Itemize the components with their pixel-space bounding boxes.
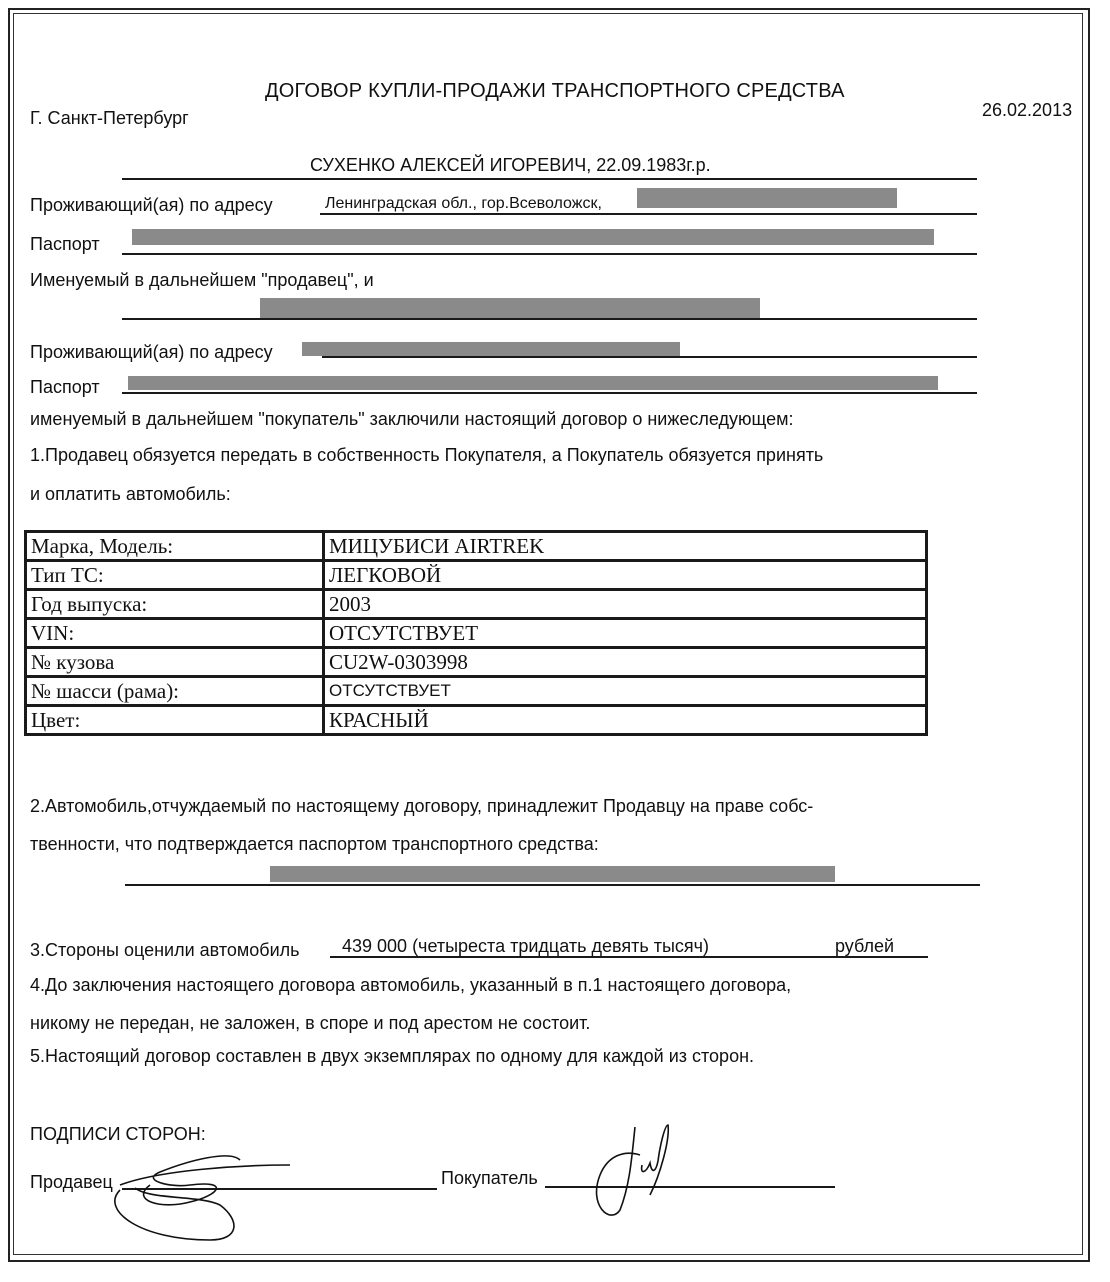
seller-name: СУХЕНКО АЛЕКСЕЙ ИГОРЕВИЧ, 22.09.1983г.р.	[310, 155, 711, 176]
clause-4-line-2: никому не передан, не заложен, в споре и…	[30, 1013, 590, 1034]
table-row: Марка, Модель: МИЦУБИСИ AIRTREK	[26, 532, 927, 561]
vehicle-field-value: МИЦУБИСИ AIRTREK	[324, 532, 927, 561]
document-date: 26.02.2013	[982, 100, 1072, 121]
seller-role-text: Именуемый в дальнейшем "продавец", и	[30, 270, 374, 291]
redacted-buyer-name	[260, 298, 760, 318]
buyer-address-underline	[322, 356, 977, 358]
buyer-passport-underline	[122, 392, 977, 394]
seller-address-underline	[320, 213, 977, 215]
price-underline	[330, 956, 928, 958]
redacted-buyer-passport	[128, 376, 938, 390]
vehicle-field-label: Тип ТС:	[26, 561, 324, 590]
clause-5: 5.Настоящий договор составлен в двух экз…	[30, 1046, 754, 1067]
document-title: ДОГОВОР КУПЛИ-ПРОДАЖИ ТРАНСПОРТНОГО СРЕД…	[265, 80, 845, 103]
vehicle-field-label: № кузова	[26, 648, 324, 677]
table-row: Год выпуска: 2003	[26, 590, 927, 619]
clause-1-line-2: и оплатить автомобиль:	[30, 484, 231, 505]
clause-4-line-1: 4.До заключения настоящего договора авто…	[30, 975, 791, 996]
buyer-passport-label: Паспорт	[30, 377, 100, 398]
buyer-address-label: Проживающий(ая) по адресу	[30, 342, 273, 363]
vehicle-field-label: Цвет:	[26, 706, 324, 735]
vehicle-field-value: CU2W-0303998	[324, 648, 927, 677]
buyer-signature-icon	[580, 1115, 690, 1225]
table-row: Тип ТС: ЛЕГКОВОЙ	[26, 561, 927, 590]
buyer-signature-label: Покупатель	[441, 1168, 538, 1189]
document-city: Г. Санкт-Петербург	[30, 108, 189, 129]
vehicle-passport-underline	[125, 884, 980, 886]
vehicle-table: Марка, Модель: МИЦУБИСИ AIRTREK Тип ТС: …	[24, 530, 928, 736]
seller-address-label: Проживающий(ая) по адресу	[30, 195, 273, 216]
vehicle-field-value: ОТСУТСТВУЕТ	[324, 677, 927, 706]
vehicle-field-label: № шасси (рама):	[26, 677, 324, 706]
buyer-role-text: именуемый в дальнейшем "покупатель" закл…	[30, 409, 794, 430]
seller-passport-underline	[122, 253, 977, 255]
seller-address-value: Ленинградская обл., гор.Всеволожск,	[325, 195, 602, 213]
vehicle-field-label: Год выпуска:	[26, 590, 324, 619]
clause-3-label: 3.Стороны оценили автомобиль	[30, 940, 300, 961]
vehicle-field-label: Марка, Модель:	[26, 532, 324, 561]
seller-signature-icon	[80, 1140, 320, 1250]
price-currency: рублей	[835, 936, 894, 957]
table-row: Цвет: КРАСНЫЙ	[26, 706, 927, 735]
redacted-seller-passport	[132, 229, 934, 245]
vehicle-field-value: ЛЕГКОВОЙ	[324, 561, 927, 590]
vehicle-field-value: КРАСНЫЙ	[324, 706, 927, 735]
table-row: № шасси (рама): ОТСУТСТВУЕТ	[26, 677, 927, 706]
vehicle-field-value: ОТСУТСТВУЕТ	[324, 619, 927, 648]
seller-passport-label: Паспорт	[30, 234, 100, 255]
table-row: VIN: ОТСУТСТВУЕТ	[26, 619, 927, 648]
redacted-vehicle-passport	[270, 866, 835, 882]
vehicle-field-value: 2003	[324, 590, 927, 619]
clause-2-line-1: 2.Автомобиль,отчуждаемый по настоящему д…	[30, 796, 813, 817]
redacted-seller-address	[637, 188, 897, 208]
price-amount: 439 000 (четыреста тридцать девять тысяч…	[342, 936, 709, 957]
vehicle-field-label: VIN:	[26, 619, 324, 648]
clause-1-line-1: 1.Продавец обязуется передать в собствен…	[30, 445, 823, 466]
seller-name-underline	[122, 178, 977, 180]
redacted-buyer-address	[302, 342, 680, 356]
clause-2-line-2: твенности, что подтверждается паспортом …	[30, 834, 599, 855]
buyer-name-underline	[122, 318, 977, 320]
table-row: № кузова CU2W-0303998	[26, 648, 927, 677]
